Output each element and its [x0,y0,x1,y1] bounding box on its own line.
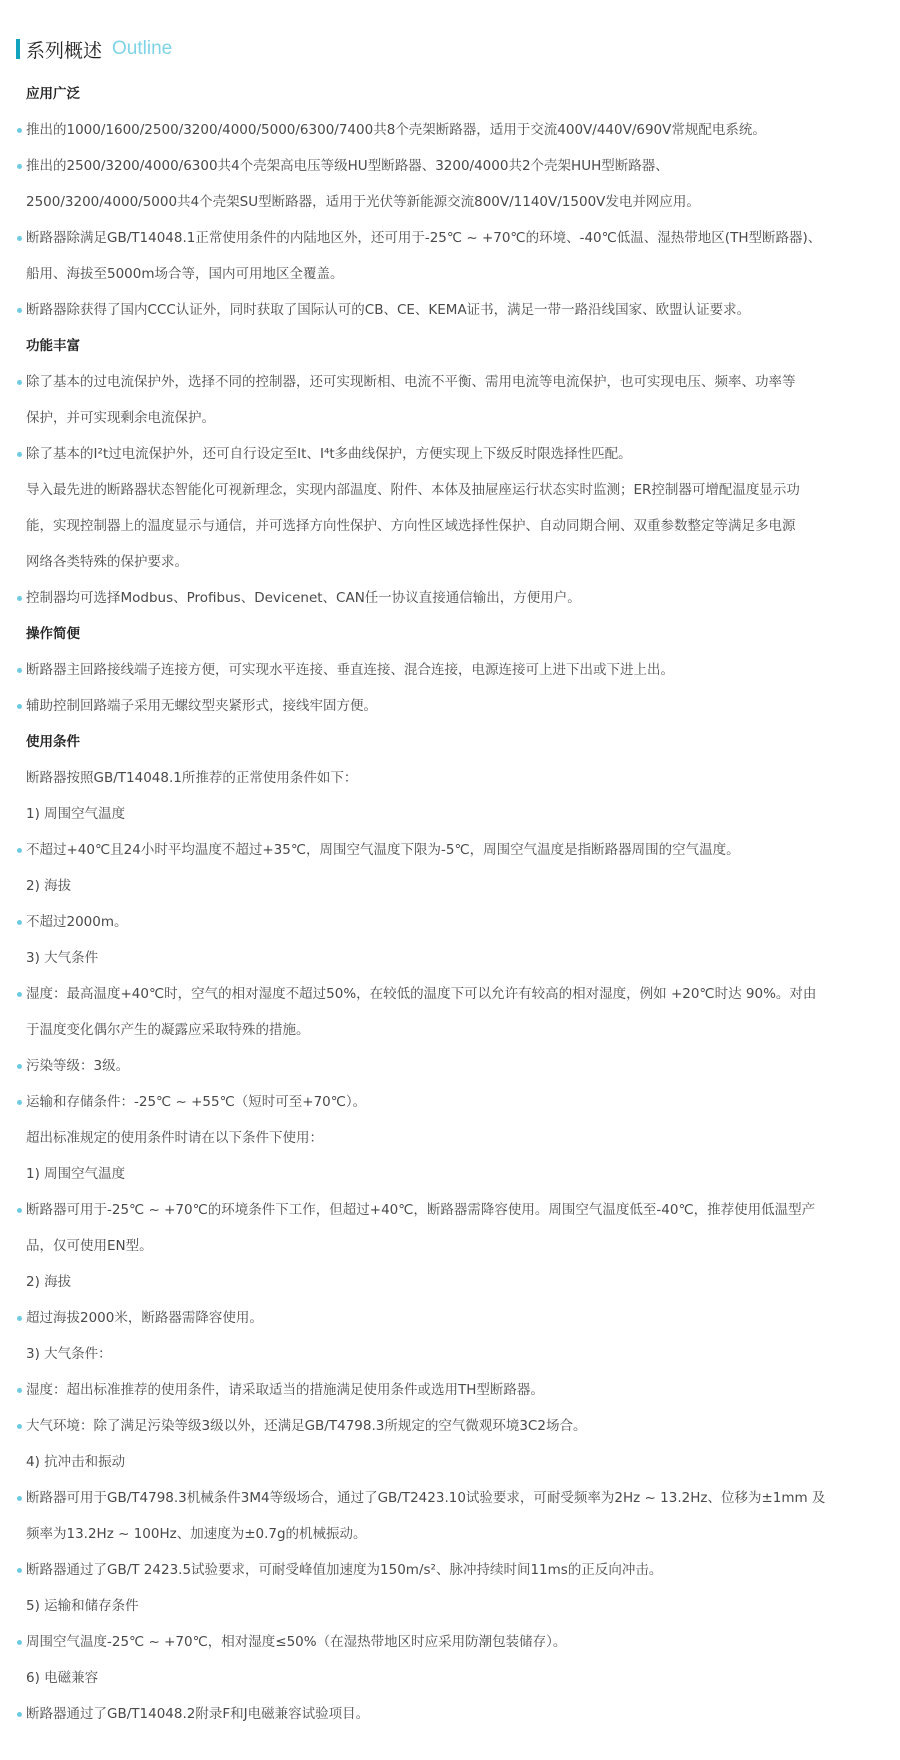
paragraph-line: 2500/3200/4000/5000共4个壳架SU型断路器，适用于光伏等新能源… [0,184,900,220]
line-text: 能，实现控制器上的温度显示与通信，并可选择方向性保护、方向性区域选择性保护、自动… [26,518,796,534]
bullet-item: 除了基本的过电流保护外，选择不同的控制器，还可实现断相、电流不平衡、需用电流等电… [0,364,900,400]
paragraph-line: 1) 周围空气温度 [0,796,900,832]
bullet-dot-icon [17,1100,22,1105]
line-text: 断路器除获得了国内CCC认证外，同时获取了国际认可的CB、CE、KEMA证书，满… [26,302,750,318]
bullet-item: 控制器均可选择Modbus、Profibus、Devicenet、CAN任一协议… [0,580,900,616]
line-text: 除了基本的过电流保护外，选择不同的控制器，还可实现断相、电流不平衡、需用电流等电… [26,374,796,390]
line-text: 辅助控制回路端子采用无螺纹型夹紧形式，接线牢固方便。 [26,698,377,714]
line-text: 3) 大气条件： [26,1346,112,1362]
bullet-item: 辅助控制回路端子采用无螺纹型夹紧形式，接线牢固方便。 [0,688,900,724]
line-text: 1) 周围空气温度 [26,806,125,822]
paragraph-line: 3) 大气条件 [0,940,900,976]
section-heading: 操作简便 [0,616,900,652]
bullet-item: 湿度：最高温度+40℃时，空气的相对湿度不超过50%，在较低的温度下可以允许有较… [0,976,900,1012]
paragraph-line: 4) 抗冲击和振动 [0,1444,900,1480]
bullet-item: 断路器除获得了国内CCC认证外，同时获取了国际认可的CB、CE、KEMA证书，满… [0,292,900,328]
line-text: 2) 海拔 [26,1274,71,1290]
line-text: 断路器通过了GB/T14048.2附录F和J电磁兼容试验项目。 [26,1706,369,1722]
line-text: 控制器均可选择Modbus、Profibus、Devicenet、CAN任一协议… [26,590,581,606]
line-text: 除了基本的I²t过电流保护外，还可自行设定至It、I⁴t多曲线保护，方便实现上下… [26,446,632,462]
outline-content: 应用广泛推出的1000/1600/2500/3200/4000/5000/630… [0,76,900,1732]
line-text: 运输和存储条件：-25℃ ~ +55℃（短时可至+70℃）。 [26,1094,366,1110]
bullet-dot-icon [17,236,22,241]
bullet-dot-icon [17,1064,22,1069]
bullet-item: 推出的1000/1600/2500/3200/4000/5000/6300/74… [0,112,900,148]
bullet-item: 运输和存储条件：-25℃ ~ +55℃（短时可至+70℃）。 [0,1084,900,1120]
paragraph-line: 导入最先进的断路器状态智能化可视新理念，实现内部温度、附件、本体及抽屉座运行状态… [0,472,900,508]
paragraph-line: 品，仅可使用EN型。 [0,1228,900,1264]
line-text: 断路器主回路接线端子连接方便，可实现水平连接、垂直连接、混合连接，电源连接可上进… [26,662,674,678]
line-text: 1) 周围空气温度 [26,1166,125,1182]
paragraph-line: 能，实现控制器上的温度显示与通信，并可选择方向性保护、方向性区域选择性保护、自动… [0,508,900,544]
paragraph-line: 6) 电磁兼容 [0,1660,900,1696]
bullet-item: 污染等级：3级。 [0,1048,900,1084]
bullet-item: 湿度：超出标准推荐的使用条件，请采取适当的措施满足使用条件或选用TH型断路器。 [0,1372,900,1408]
title-chinese: 系列概述 [26,36,102,63]
bullet-item: 不超过+40℃且24小时平均温度不超过+35℃，周围空气温度下限为-5℃，周围空… [0,832,900,868]
line-text: 断路器可用于-25℃ ~ +70℃的环境条件下工作，但超过+40℃，断路器需降容… [26,1202,815,1218]
paragraph-line: 1) 周围空气温度 [0,1156,900,1192]
paragraph-line: 超出标准规定的使用条件时请在以下条件下使用： [0,1120,900,1156]
bullet-dot-icon [17,1496,22,1501]
line-text: 网络各类特殊的保护要求。 [26,554,188,570]
line-text: 3) 大气条件 [26,950,98,966]
paragraph-line: 船用、海拔至5000m场合等，国内可用地区全覆盖。 [0,256,900,292]
section-heading: 使用条件 [0,724,900,760]
bullet-item: 断路器可用于GB/T4798.3机械条件3M4等级场合，通过了GB/T2423.… [0,1480,900,1516]
bullet-dot-icon [17,992,22,997]
line-text: 推出的2500/3200/4000/6300共4个壳架高电压等级HU型断路器、3… [26,158,669,174]
line-text: 断路器可用于GB/T4798.3机械条件3M4等级场合，通过了GB/T2423.… [26,1490,825,1506]
outline-page: 系列概述 Outline 应用广泛推出的1000/1600/2500/3200/… [0,0,900,1732]
line-text: 2500/3200/4000/5000共4个壳架SU型断路器，适用于光伏等新能源… [26,194,700,210]
section-heading: 功能丰富 [0,328,900,364]
line-text: 2) 海拔 [26,878,71,894]
line-text: 断路器除满足GB/T14048.1正常使用条件的内陆地区外，还可用于-25℃ ~… [26,230,821,246]
line-text: 周围空气温度-25℃ ~ +70℃，相对湿度≤50%（在湿热带地区时应采用防潮包… [26,1634,566,1650]
bullet-item: 断路器通过了GB/T14048.2附录F和J电磁兼容试验项目。 [0,1696,900,1732]
bullet-item: 断路器可用于-25℃ ~ +70℃的环境条件下工作，但超过+40℃，断路器需降容… [0,1192,900,1228]
line-text: 超出标准规定的使用条件时请在以下条件下使用： [26,1130,323,1146]
paragraph-line: 于温度变化偶尔产生的凝露应采取特殊的措施。 [0,1012,900,1048]
title-english: Outline [112,38,172,60]
paragraph-line: 频率为13.2Hz ~ 100Hz、加速度为±0.7g的机械振动。 [0,1516,900,1552]
bullet-item: 除了基本的I²t过电流保护外，还可自行设定至It、I⁴t多曲线保护，方便实现上下… [0,436,900,472]
line-text: 5) 运输和储存条件 [26,1598,139,1614]
bullet-dot-icon [17,1388,22,1393]
paragraph-line: 2) 海拔 [0,1264,900,1300]
paragraph-line: 断路器按照GB/T14048.1所推荐的正常使用条件如下： [0,760,900,796]
bullet-item: 周围空气温度-25℃ ~ +70℃，相对湿度≤50%（在湿热带地区时应采用防潮包… [0,1624,900,1660]
bullet-dot-icon [17,1640,22,1645]
paragraph-line: 2) 海拔 [0,868,900,904]
bullet-dot-icon [17,308,22,313]
bullet-dot-icon [17,128,22,133]
section-heading: 应用广泛 [0,76,900,112]
bullet-item: 断路器通过了GB/T 2423.5试验要求，可耐受峰值加速度为150m/s²、脉… [0,1552,900,1588]
line-text: 断路器按照GB/T14048.1所推荐的正常使用条件如下： [26,770,357,786]
bullet-dot-icon [17,164,22,169]
bullet-item: 大气环境：除了满足污染等级3级以外，还满足GB/T4798.3所规定的空气微观环… [0,1408,900,1444]
bullet-item: 不超过2000m。 [0,904,900,940]
line-text: 船用、海拔至5000m场合等，国内可用地区全覆盖。 [26,266,344,282]
line-text: 保护，并可实现剩余电流保护。 [26,410,215,426]
line-text: 频率为13.2Hz ~ 100Hz、加速度为±0.7g的机械振动。 [26,1526,367,1542]
line-text: 品，仅可使用EN型。 [26,1238,153,1254]
line-text: 大气环境：除了满足污染等级3级以外，还满足GB/T4798.3所规定的空气微观环… [26,1418,586,1434]
bullet-dot-icon [17,704,22,709]
line-text: 导入最先进的断路器状态智能化可视新理念，实现内部温度、附件、本体及抽屉座运行状态… [26,482,800,498]
section-title: 系列概述 Outline [16,36,900,62]
line-text: 湿度：最高温度+40℃时，空气的相对湿度不超过50%，在较低的温度下可以允许有较… [26,986,816,1002]
line-text: 6) 电磁兼容 [26,1670,98,1686]
bullet-dot-icon [17,1208,22,1213]
bullet-item: 断路器主回路接线端子连接方便，可实现水平连接、垂直连接、混合连接，电源连接可上进… [0,652,900,688]
bullet-dot-icon [17,380,22,385]
line-text: 湿度：超出标准推荐的使用条件，请采取适当的措施满足使用条件或选用TH型断路器。 [26,1382,544,1398]
bullet-dot-icon [17,596,22,601]
line-text: 推出的1000/1600/2500/3200/4000/5000/6300/74… [26,122,766,138]
bullet-dot-icon [17,848,22,853]
bullet-dot-icon [17,1568,22,1573]
line-text: 断路器通过了GB/T 2423.5试验要求，可耐受峰值加速度为150m/s²、脉… [26,1562,662,1578]
line-text: 于温度变化偶尔产生的凝露应采取特殊的措施。 [26,1022,310,1038]
paragraph-line: 5) 运输和储存条件 [0,1588,900,1624]
line-text: 不超过2000m。 [26,914,128,930]
bullet-dot-icon [17,1316,22,1321]
bullet-dot-icon [17,1712,22,1717]
bullet-item: 超过海拔2000米，断路器需降容使用。 [0,1300,900,1336]
bullet-dot-icon [17,668,22,673]
line-text: 4) 抗冲击和振动 [26,1454,125,1470]
line-text: 超过海拔2000米，断路器需降容使用。 [26,1310,263,1326]
bullet-dot-icon [17,1424,22,1429]
bullet-item: 推出的2500/3200/4000/6300共4个壳架高电压等级HU型断路器、3… [0,148,900,184]
paragraph-line: 保护，并可实现剩余电流保护。 [0,400,900,436]
line-text: 不超过+40℃且24小时平均温度不超过+35℃，周围空气温度下限为-5℃，周围空… [26,842,740,858]
paragraph-line: 网络各类特殊的保护要求。 [0,544,900,580]
title-accent-bar [16,39,20,59]
bullet-dot-icon [17,452,22,457]
line-text: 污染等级：3级。 [26,1058,129,1074]
paragraph-line: 3) 大气条件： [0,1336,900,1372]
bullet-dot-icon [17,920,22,925]
bullet-item: 断路器除满足GB/T14048.1正常使用条件的内陆地区外，还可用于-25℃ ~… [0,220,900,256]
